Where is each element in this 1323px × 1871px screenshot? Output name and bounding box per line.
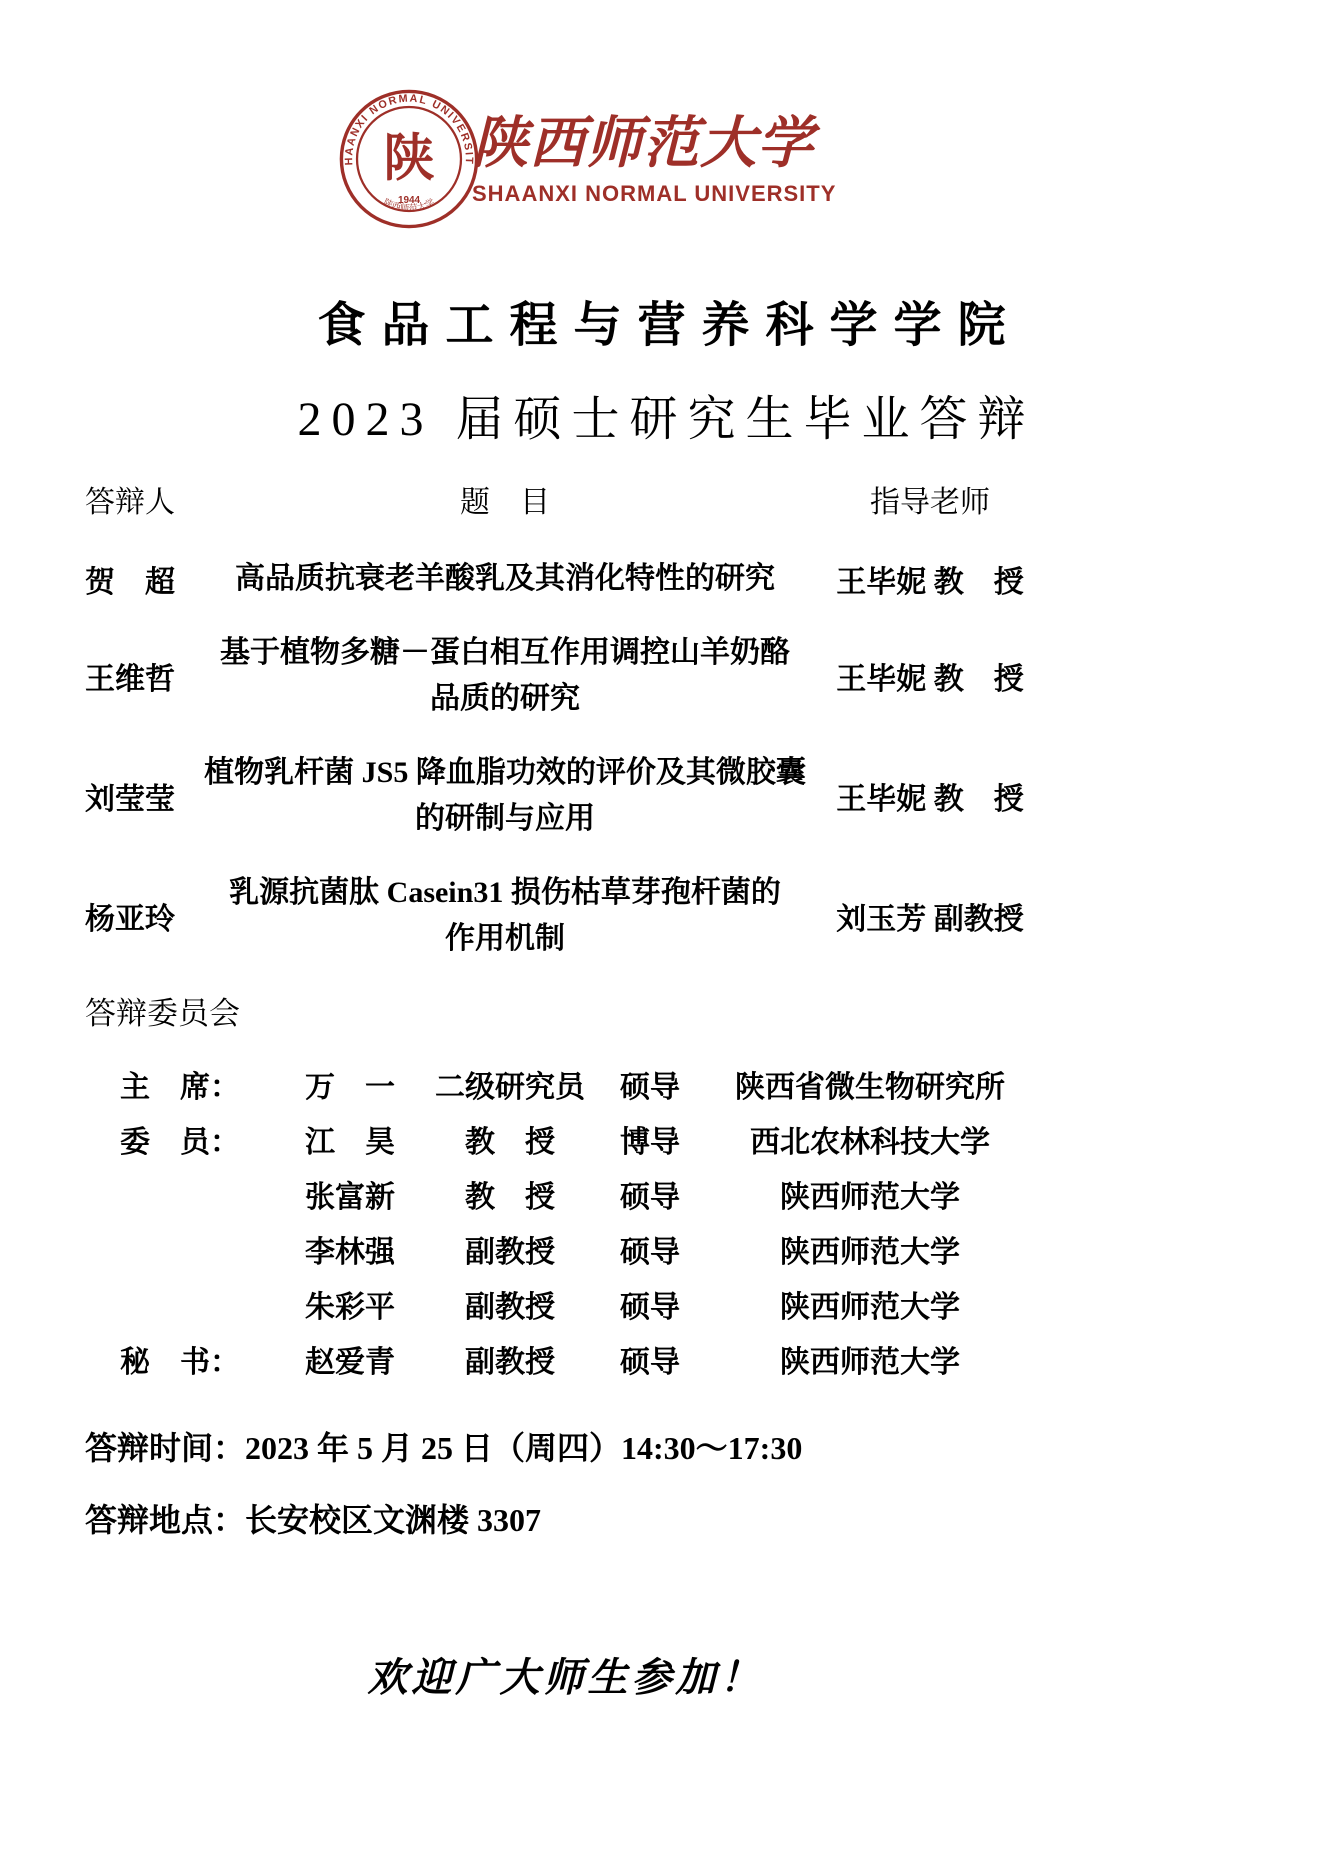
defense-row: 刘莹莹 植物乳杆菌 JS5 降血脂功效的评价及其微胶囊 的研制与应用 王毕妮 教… bbox=[85, 742, 1238, 850]
member-name: 赵爱青 bbox=[270, 1337, 430, 1381]
university-name-block: 陕西师范大学 SHAANXI NORMAL UNIVERSITY bbox=[472, 109, 836, 209]
event-title: 2023 届硕士研究生毕业答辩 bbox=[85, 394, 1238, 446]
advisor-name: 刘玉芳 副教授 bbox=[810, 894, 1050, 938]
defense-time-line: 答辩时间：2023 年 5 月 25 日（周四）14:30～17:30 bbox=[85, 1426, 1238, 1470]
member-mentor-type: 硕导 bbox=[590, 1172, 710, 1216]
member-title: 教 授 bbox=[430, 1117, 590, 1161]
member-mentor-type: 硕导 bbox=[590, 1337, 710, 1381]
university-brand: SHAANXI NORMAL UNIVERSITY 陕 1944 陕西师范大学 … bbox=[338, 88, 836, 230]
advisor-name: 王毕妮 教 授 bbox=[810, 654, 1050, 698]
defense-row: 王维哲 基于植物多糖－蛋白相互作用调控山羊奶酪 品质的研究 王毕妮 教 授 bbox=[85, 622, 1238, 730]
member-institution: 陕西师范大学 bbox=[710, 1337, 1030, 1381]
member-institution: 陕西师范大学 bbox=[710, 1282, 1030, 1326]
member-institution: 西北农林科技大学 bbox=[710, 1117, 1030, 1161]
seal-center-character: 陕 bbox=[383, 130, 434, 187]
committee-member-row: 主 席： 万 一 二级研究员 硕导 陕西省微生物研究所 bbox=[85, 1056, 1238, 1111]
member-name: 江 昊 bbox=[270, 1117, 430, 1161]
member-name: 朱彩平 bbox=[270, 1282, 430, 1326]
committee-list: 主 席： 万 一 二级研究员 硕导 陕西省微生物研究所 委 员： 江 昊 教 授… bbox=[85, 1056, 1238, 1386]
member-role: 委 员： bbox=[120, 1117, 270, 1161]
welcome-message: 欢迎广大师生参加！ bbox=[0, 1646, 1142, 1703]
header-advisor: 指导老师 bbox=[810, 485, 1050, 521]
defender-name: 刘莹莹 bbox=[85, 774, 200, 818]
advisor-name: 王毕妮 教 授 bbox=[810, 557, 1050, 601]
university-name-en: SHAANXI NORMAL UNIVERSITY bbox=[472, 179, 836, 209]
member-role: 主 席： bbox=[120, 1062, 270, 1106]
member-mentor-type: 博导 bbox=[590, 1117, 710, 1161]
defense-location-label: 答辩地点： bbox=[85, 1502, 245, 1538]
thesis-topic: 高品质抗衰老羊酸乳及其消化特性的研究 bbox=[200, 556, 810, 602]
member-title: 二级研究员 bbox=[430, 1062, 590, 1106]
committee-member-row: 委 员： 江 昊 教 授 博导 西北农林科技大学 bbox=[85, 1111, 1238, 1166]
header-defender: 答辩人 bbox=[85, 485, 200, 521]
defense-row: 杨亚玲 乳源抗菌肽 Casein31 损伤枯草芽孢杆菌的 作用机制 刘玉芳 副教… bbox=[85, 862, 1238, 970]
member-mentor-type: 硕导 bbox=[590, 1282, 710, 1326]
thesis-topic: 植物乳杆菌 JS5 降血脂功效的评价及其微胶囊 的研制与应用 bbox=[200, 750, 810, 842]
header-topic: 题 目 bbox=[200, 480, 810, 526]
committee-member-row: 朱彩平 副教授 硕导 陕西师范大学 bbox=[85, 1276, 1238, 1331]
member-role: 秘 书： bbox=[120, 1337, 270, 1381]
university-name-cn: 陕西师范大学 bbox=[472, 109, 836, 179]
defense-table-header: 答辩人 题 目 指导老师 bbox=[85, 480, 1238, 526]
member-institution: 陕西省微生物研究所 bbox=[710, 1062, 1030, 1106]
defense-location-line: 答辩地点：长安校区文渊楼 3307 bbox=[85, 1498, 1238, 1542]
member-title: 副教授 bbox=[430, 1227, 590, 1271]
member-name: 张富新 bbox=[270, 1172, 430, 1216]
member-title: 副教授 bbox=[430, 1282, 590, 1326]
member-mentor-type: 硕导 bbox=[590, 1062, 710, 1106]
defense-time-label: 答辩时间： bbox=[85, 1430, 245, 1466]
committee-heading: 答辩委员会 bbox=[85, 996, 1238, 1032]
member-institution: 陕西师范大学 bbox=[710, 1172, 1030, 1216]
member-title: 副教授 bbox=[430, 1337, 590, 1381]
announcement-page: SHAANXI NORMAL UNIVERSITY 陕 1944 陕西师范大学 … bbox=[0, 0, 1323, 1703]
committee-member-row: 张富新 教 授 硕导 陕西师范大学 bbox=[85, 1166, 1238, 1221]
college-title: 食品工程与营养科学学院 bbox=[85, 300, 1238, 352]
thesis-topic: 乳源抗菌肽 Casein31 损伤枯草芽孢杆菌的 作用机制 bbox=[200, 870, 810, 962]
member-name: 李林强 bbox=[270, 1227, 430, 1271]
defender-name: 杨亚玲 bbox=[85, 894, 200, 938]
defender-name: 王维哲 bbox=[85, 654, 200, 698]
defense-table: 答辩人 题 目 指导老师 贺 超 高品质抗衰老羊酸乳及其消化特性的研究 王毕妮 … bbox=[85, 480, 1238, 970]
defense-row: 贺 超 高品质抗衰老羊酸乳及其消化特性的研究 王毕妮 教 授 bbox=[85, 548, 1238, 610]
thesis-topic: 基于植物多糖－蛋白相互作用调控山羊奶酪 品质的研究 bbox=[200, 630, 810, 722]
member-title: 教 授 bbox=[430, 1172, 590, 1216]
advisor-name: 王毕妮 教 授 bbox=[810, 774, 1050, 818]
defense-time-value: 2023 年 5 月 25 日（周四）14:30～17:30 bbox=[245, 1430, 802, 1466]
member-mentor-type: 硕导 bbox=[590, 1227, 710, 1271]
member-name: 万 一 bbox=[270, 1062, 430, 1106]
defender-name: 贺 超 bbox=[85, 557, 200, 601]
committee-member-row: 李林强 副教授 硕导 陕西师范大学 bbox=[85, 1221, 1238, 1276]
university-seal-icon: SHAANXI NORMAL UNIVERSITY 陕 1944 陕西师范大学 bbox=[338, 88, 480, 230]
defense-location-value: 长安校区文渊楼 3307 bbox=[245, 1502, 541, 1538]
committee-member-row: 秘 书： 赵爱青 副教授 硕导 陕西师范大学 bbox=[85, 1331, 1238, 1386]
member-institution: 陕西师范大学 bbox=[710, 1227, 1030, 1271]
